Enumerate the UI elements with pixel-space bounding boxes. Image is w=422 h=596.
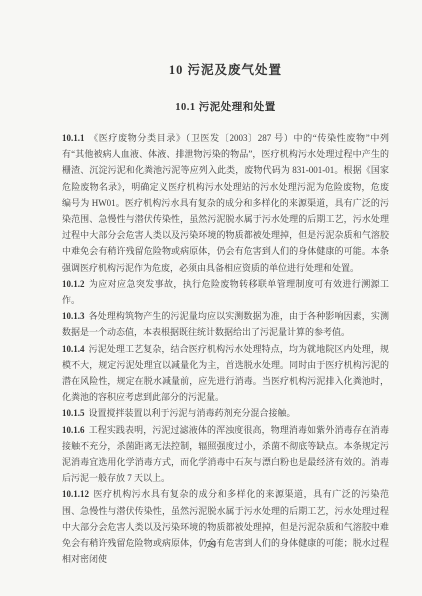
chapter-title: 10 污泥及废气处置 [62, 60, 389, 78]
paragraph-text: 设置搅拌装置以利于污泥与消毒药剂充分混合接触。 [89, 408, 296, 418]
paragraph: 10.1.2为应对应急突发事故，执行危险废物转移联单管理制度可有效进行溯源工作。 [62, 276, 389, 308]
paragraph: 10.1.3各处理构筑物产生的污泥量均应以实测数据为准，由于各种影响因素，实测数… [62, 308, 389, 340]
paragraph-number: 10.1.1 [62, 133, 85, 143]
paragraph-number: 10.1.4 [62, 344, 85, 354]
paragraph: 10.1.4污泥处理工艺复杂，结合医疗机构污水处理特点，均为就地院区内处理，规模… [62, 341, 389, 406]
paragraph: 10.1.5设置搅拌装置以利于污泥与消毒药剂充分混合接触。 [62, 405, 389, 421]
paragraph-text: 各处理构筑物产生的污泥量均应以实测数据为准，由于各种影响因素，实测数据是一个动态… [62, 311, 389, 337]
paragraph-number: 10.1.6 [62, 425, 85, 435]
paragraph: 10.1.6工程实践表明，污泥过滤液体的浑浊度很高，物理消毒如紫外消毒存在消毒接… [62, 422, 389, 487]
paragraph-text: 污泥处理工艺复杂，结合医疗机构污水处理特点，均为就地院区内处理，规模不大，规定污… [62, 344, 389, 403]
paragraph: 10.1.12医疗机构污水具有复杂的成分和多样化的来源渠道，具有广泛的污染范围、… [62, 486, 389, 567]
paragraph: 10.1.1《医疗废物分类目录》（卫医发〔2003〕287 号）中的“传染性废物… [62, 130, 389, 276]
paragraph-text: 医疗机构污水具有复杂的成分和多样化的来源渠道，具有广泛的污染范围、急慢性与潜伏传… [62, 489, 389, 564]
paragraph-number: 10.1.3 [62, 311, 85, 321]
body-paragraphs: 10.1.1《医疗废物分类目录》（卫医发〔2003〕287 号）中的“传染性废物… [62, 130, 389, 567]
paragraph-number: 10.1.12 [62, 489, 89, 499]
paragraph-number: 10.1.5 [62, 408, 85, 418]
document-page: 10 污泥及废气处置 10.1 污泥处理和处置 10.1.1《医疗废物分类目录》… [0, 0, 422, 596]
paragraph-text: 工程实践表明，污泥过滤液体的浑浊度很高，物理消毒如紫外消毒存在消毒接触不充分，杀… [62, 425, 389, 484]
section-title: 10.1 污泥处理和处置 [62, 99, 389, 114]
paragraph-text: 为应对应急突发事故，执行危险废物转移联单管理制度可有效进行溯源工作。 [62, 279, 389, 305]
page-number: 79 [0, 540, 422, 551]
paragraph-number: 10.1.2 [62, 279, 85, 289]
paragraph-text: 《医疗废物分类目录》（卫医发〔2003〕287 号）中的“传染性废物”中列有“其… [62, 133, 389, 273]
